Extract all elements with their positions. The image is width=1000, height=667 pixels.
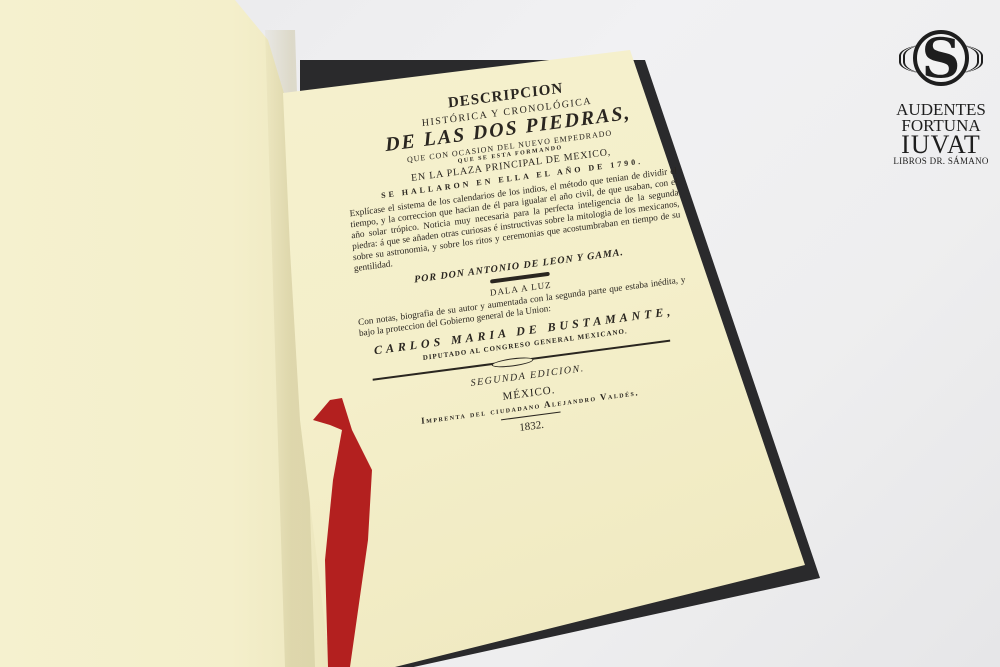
logo-letter: S: [899, 28, 983, 88]
title-page-text: DESCRIPCION HISTÓRICA Y CRONOLÓGICA DE L…: [341, 66, 695, 455]
logo-emblem-icon: S: [899, 18, 983, 102]
photo-scene: DESCRIPCION HISTÓRICA Y CRONOLÓGICA DE L…: [0, 0, 1000, 667]
bookseller-logo: S AUDENTES FORTUNA IUVAT LIBROS DR. SÁMA…: [888, 18, 994, 166]
logo-motto-3: IUVAT: [888, 134, 994, 156]
logo-brand: LIBROS DR. SÁMANO: [888, 156, 994, 166]
